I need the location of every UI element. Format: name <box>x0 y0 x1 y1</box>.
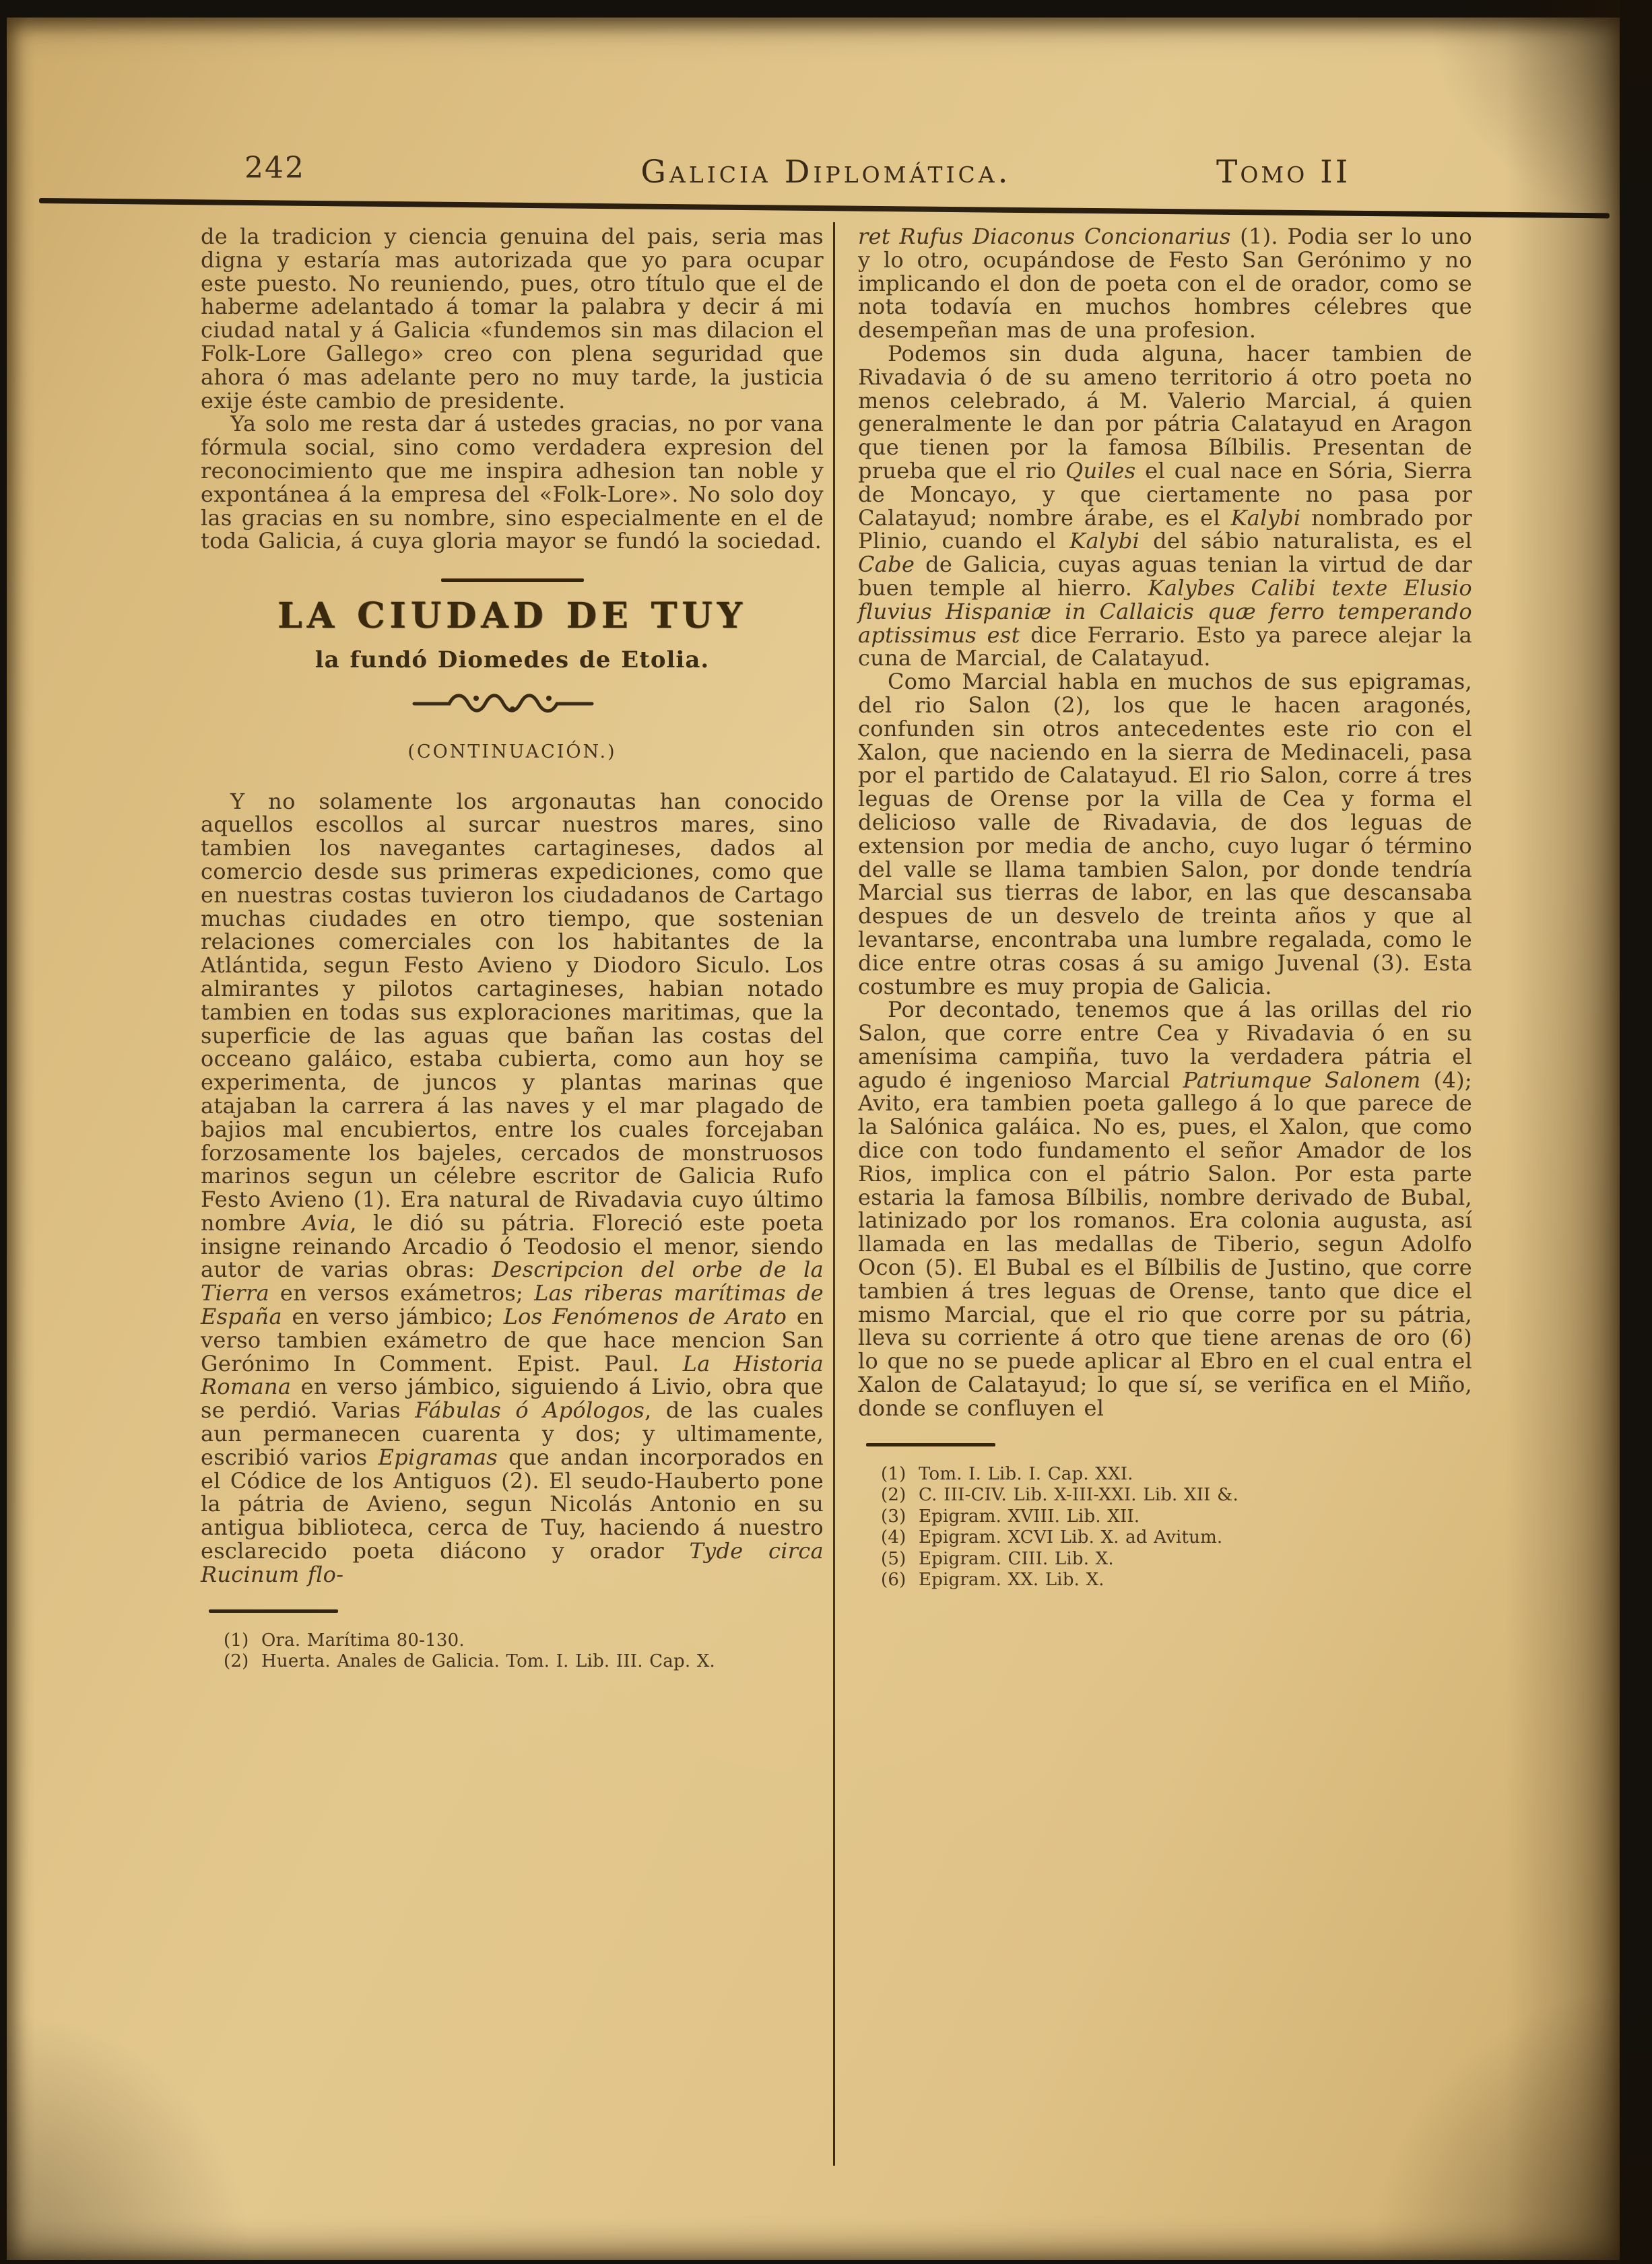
footnote-rule <box>866 1443 995 1446</box>
footnote-number: (4) <box>881 1527 919 1549</box>
footnote: (6) Epigram. XX. Lib. X. <box>858 1570 1472 1591</box>
paragraph: ret Rufus Diaconus Concionarius (1). Pod… <box>858 225 1472 342</box>
footnote: (2) Huerta. Anales de Galicia. Tom. I. L… <box>201 1651 824 1673</box>
section-divider-rule <box>441 578 584 582</box>
footnote-number: (6) <box>881 1570 919 1591</box>
footnote: (1) Tom. I. Lib. I. Cap. XXI. <box>858 1464 1472 1486</box>
footnote-text: Tom. I. Lib. I. Cap. XXI. <box>919 1464 1472 1486</box>
footnote: (3) Epigram. XVIII. Lib. XII. <box>858 1506 1472 1528</box>
footnote-number: (3) <box>881 1506 919 1528</box>
footnotes: (1) Tom. I. Lib. I. Cap. XXI. (2) C. III… <box>858 1464 1472 1591</box>
paragraph: Por decontado, tenemos que á las orillas… <box>858 998 1472 1420</box>
footnote-text: Epigram. XCVI Lib. X. ad Avitum. <box>919 1527 1472 1549</box>
volume-label: Tomo II <box>1216 154 1350 191</box>
continuation-note: (CONTINUACIÓN.) <box>201 741 824 764</box>
footnote-text: Epigram. XVIII. Lib. XII. <box>919 1506 1472 1528</box>
footnotes: (1) Ora. Marítima 80-130. (2) Huerta. An… <box>201 1630 824 1673</box>
right-column: ret Rufus Diaconus Concionarius (1). Pod… <box>858 225 1472 1591</box>
section-subtitle: la fundó Diomedes de Etolia. <box>201 648 824 672</box>
scanned-page: 242 Galicia Diplomática. Tomo II de la t… <box>0 0 1652 2264</box>
column-divider <box>833 222 835 2166</box>
footnote-text: Ora. Marítima 80-130. <box>261 1630 824 1652</box>
paragraph: Como Marcial habla en muchos de sus epig… <box>858 670 1472 998</box>
footnote-number: (2) <box>224 1651 261 1673</box>
gutter-shadow <box>1505 0 1620 2264</box>
paragraph: Y no solamente los argonautas han conoci… <box>201 790 824 1587</box>
section-title: LA CIUDAD DE TUY <box>201 605 824 628</box>
footnote: (5) Epigram. CIII. Lib. X. <box>858 1549 1472 1570</box>
footnote-text: Huerta. Anales de Galicia. Tom. I. Lib. … <box>261 1651 824 1673</box>
footnote-text: C. III-CIV. Lib. X-III-XXI. Lib. XII &. <box>919 1485 1472 1506</box>
flourish-ornament-icon <box>201 690 824 718</box>
paragraph: Podemos sin duda alguna, hacer tambien d… <box>858 342 1472 670</box>
footnote: (2) C. III-CIV. Lib. X-III-XXI. Lib. XII… <box>858 1485 1472 1506</box>
footnote-number: (1) <box>881 1464 919 1486</box>
scan-edge-top <box>0 0 1652 18</box>
footnote-number: (2) <box>881 1485 919 1506</box>
footnote-rule <box>209 1609 338 1613</box>
left-column: de la tradicion y ciencia genuina del pa… <box>201 225 824 1673</box>
footnote: (1) Ora. Marítima 80-130. <box>201 1630 824 1652</box>
footnote-number: (1) <box>224 1630 261 1652</box>
paragraph: Ya solo me resta dar á ustedes gracias, … <box>201 412 824 553</box>
footnote: (4) Epigram. XCVI Lib. X. ad Avitum. <box>858 1527 1472 1549</box>
journal-title: Galicia Diplomática. <box>0 154 1652 191</box>
scan-edge-bottom <box>0 2260 1652 2264</box>
footnote-text: Epigram. XX. Lib. X. <box>919 1570 1472 1591</box>
footnote-number: (5) <box>881 1549 919 1570</box>
scan-edge-left <box>0 0 7 2264</box>
footnote-text: Epigram. CIII. Lib. X. <box>919 1549 1472 1570</box>
paragraph: de la tradicion y ciencia genuina del pa… <box>201 225 824 412</box>
scan-edge-right <box>1620 0 1652 2264</box>
